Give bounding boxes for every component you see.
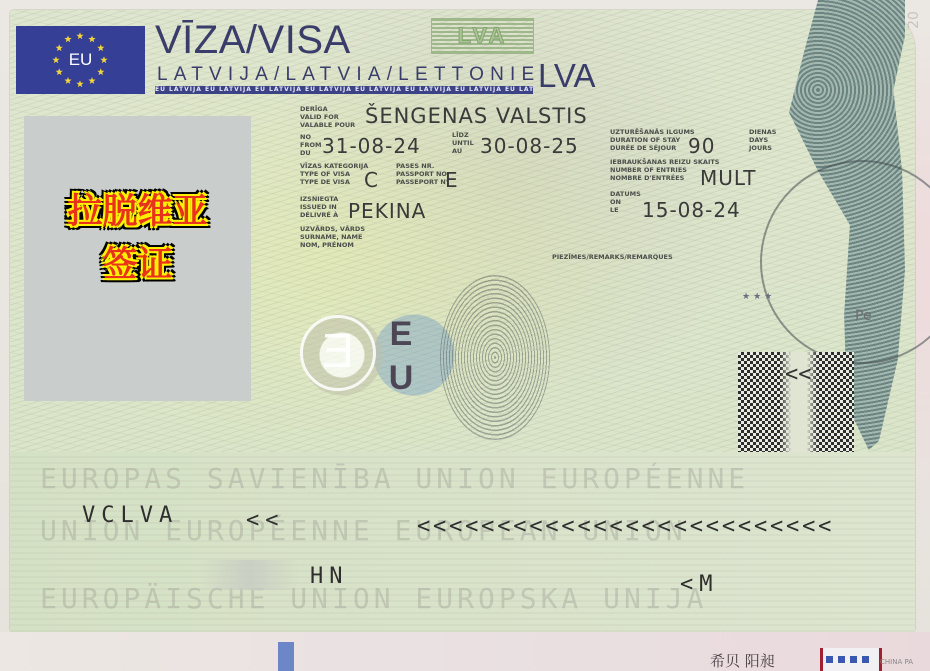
ghost-text-3: EUROPÄISCHE UNION EUROPSKA UNIJA [40, 582, 707, 615]
visa-type-value: C [364, 168, 379, 192]
duration-value: 90 [688, 134, 715, 158]
country-line: LATVIJA/LATVIA/LETTONIE [157, 64, 540, 86]
mrz-line1-sep: << [246, 508, 285, 533]
hologram-eu-letters: E U [386, 312, 416, 400]
passport-no-label: PASES Nr. PASSPORT No. PASSEPORT N° [396, 162, 449, 186]
date-label: DATUMS ON LE [610, 190, 641, 214]
from-value: 31-08-24 [322, 134, 421, 158]
passport-no-value: E [445, 168, 459, 192]
visa-title: VĪZA/VISA [155, 18, 351, 63]
hologram-e-icon: Ǝ [300, 315, 376, 391]
name-label: UZVĀRDS, VĀRDS SURNAME, NAME NOM, PRÉNOM [300, 225, 365, 249]
visa-type-label: VĪZAS KATEGORIJA TYPE OF VISA TYPE DE VI… [300, 162, 368, 186]
duration-label: UZTURĒŠANĀS ILGUMS DURATION OF STAY DURÉ… [610, 128, 695, 152]
ghost-image-pattern [440, 275, 550, 440]
until-label: LĪDZ UNTIL AU [452, 131, 474, 155]
lva-emblem: LVA [431, 18, 534, 54]
duration-unit: DIENAS DAYS JOURS [749, 128, 776, 152]
mrz-line1-filler: <<<<<<<<<<<<<<<<<<<<<<<<<< [417, 514, 834, 539]
ghost-text-1: EUROPAS SAVIENĪBA UNION EUROPÉENNE [40, 462, 749, 495]
photo-redaction-box: 拉脱维亚 签证 [24, 116, 251, 401]
mrz-redaction [200, 560, 300, 590]
entries-value: MULT [700, 166, 757, 190]
eu-flag-icon: EU [16, 26, 145, 94]
mrz-line1-code: VCLVA [82, 503, 178, 528]
microprint-band: EU LATVIJA EU LATVIJA EU LATVIJA EU LATV… [155, 86, 533, 94]
mrz-zone: EUROPAS SAVIENĪBA UNION EUROPÉENNE UNION… [10, 452, 915, 632]
mrz-line2-country: HN [310, 564, 349, 589]
star-row-icon: ★★★ [742, 292, 775, 302]
mrz-line2-sex: <M [680, 572, 719, 597]
passport-page-bottom [0, 632, 930, 671]
caption-line-1: 拉脱维亚 [24, 190, 251, 234]
blue-tab [278, 642, 294, 671]
valid-for-label: DERĪGA VALID FOR VALABLE POUR [300, 105, 355, 129]
caption-line-2: 签证 [24, 243, 251, 287]
remarks-label: PIEZĪMES/REMARKS/REMARQUES [552, 253, 673, 261]
passport-brand-text: CHINA PA [880, 658, 913, 666]
valid-for-value: ŠENGENAS VALSTIS [365, 104, 588, 128]
country-code: LVA [538, 57, 595, 95]
datamatrix-chevrons: << [785, 362, 812, 387]
passport-security-box [820, 648, 882, 671]
issued-in-label: IZSNIEGTA ISSUED IN DÉLIVRÉ À [300, 195, 338, 219]
until-value: 30-08-25 [480, 134, 579, 158]
issued-in-value: PEKINA [348, 199, 426, 223]
stamp-fragment-text: Pe [855, 308, 872, 324]
passport-chinese-text: 希贝 阳昶 [710, 650, 775, 671]
from-label: NO FROM DU [300, 133, 321, 157]
eu-flag-label: EU [16, 50, 145, 70]
date-value: 15-08-24 [642, 198, 741, 222]
